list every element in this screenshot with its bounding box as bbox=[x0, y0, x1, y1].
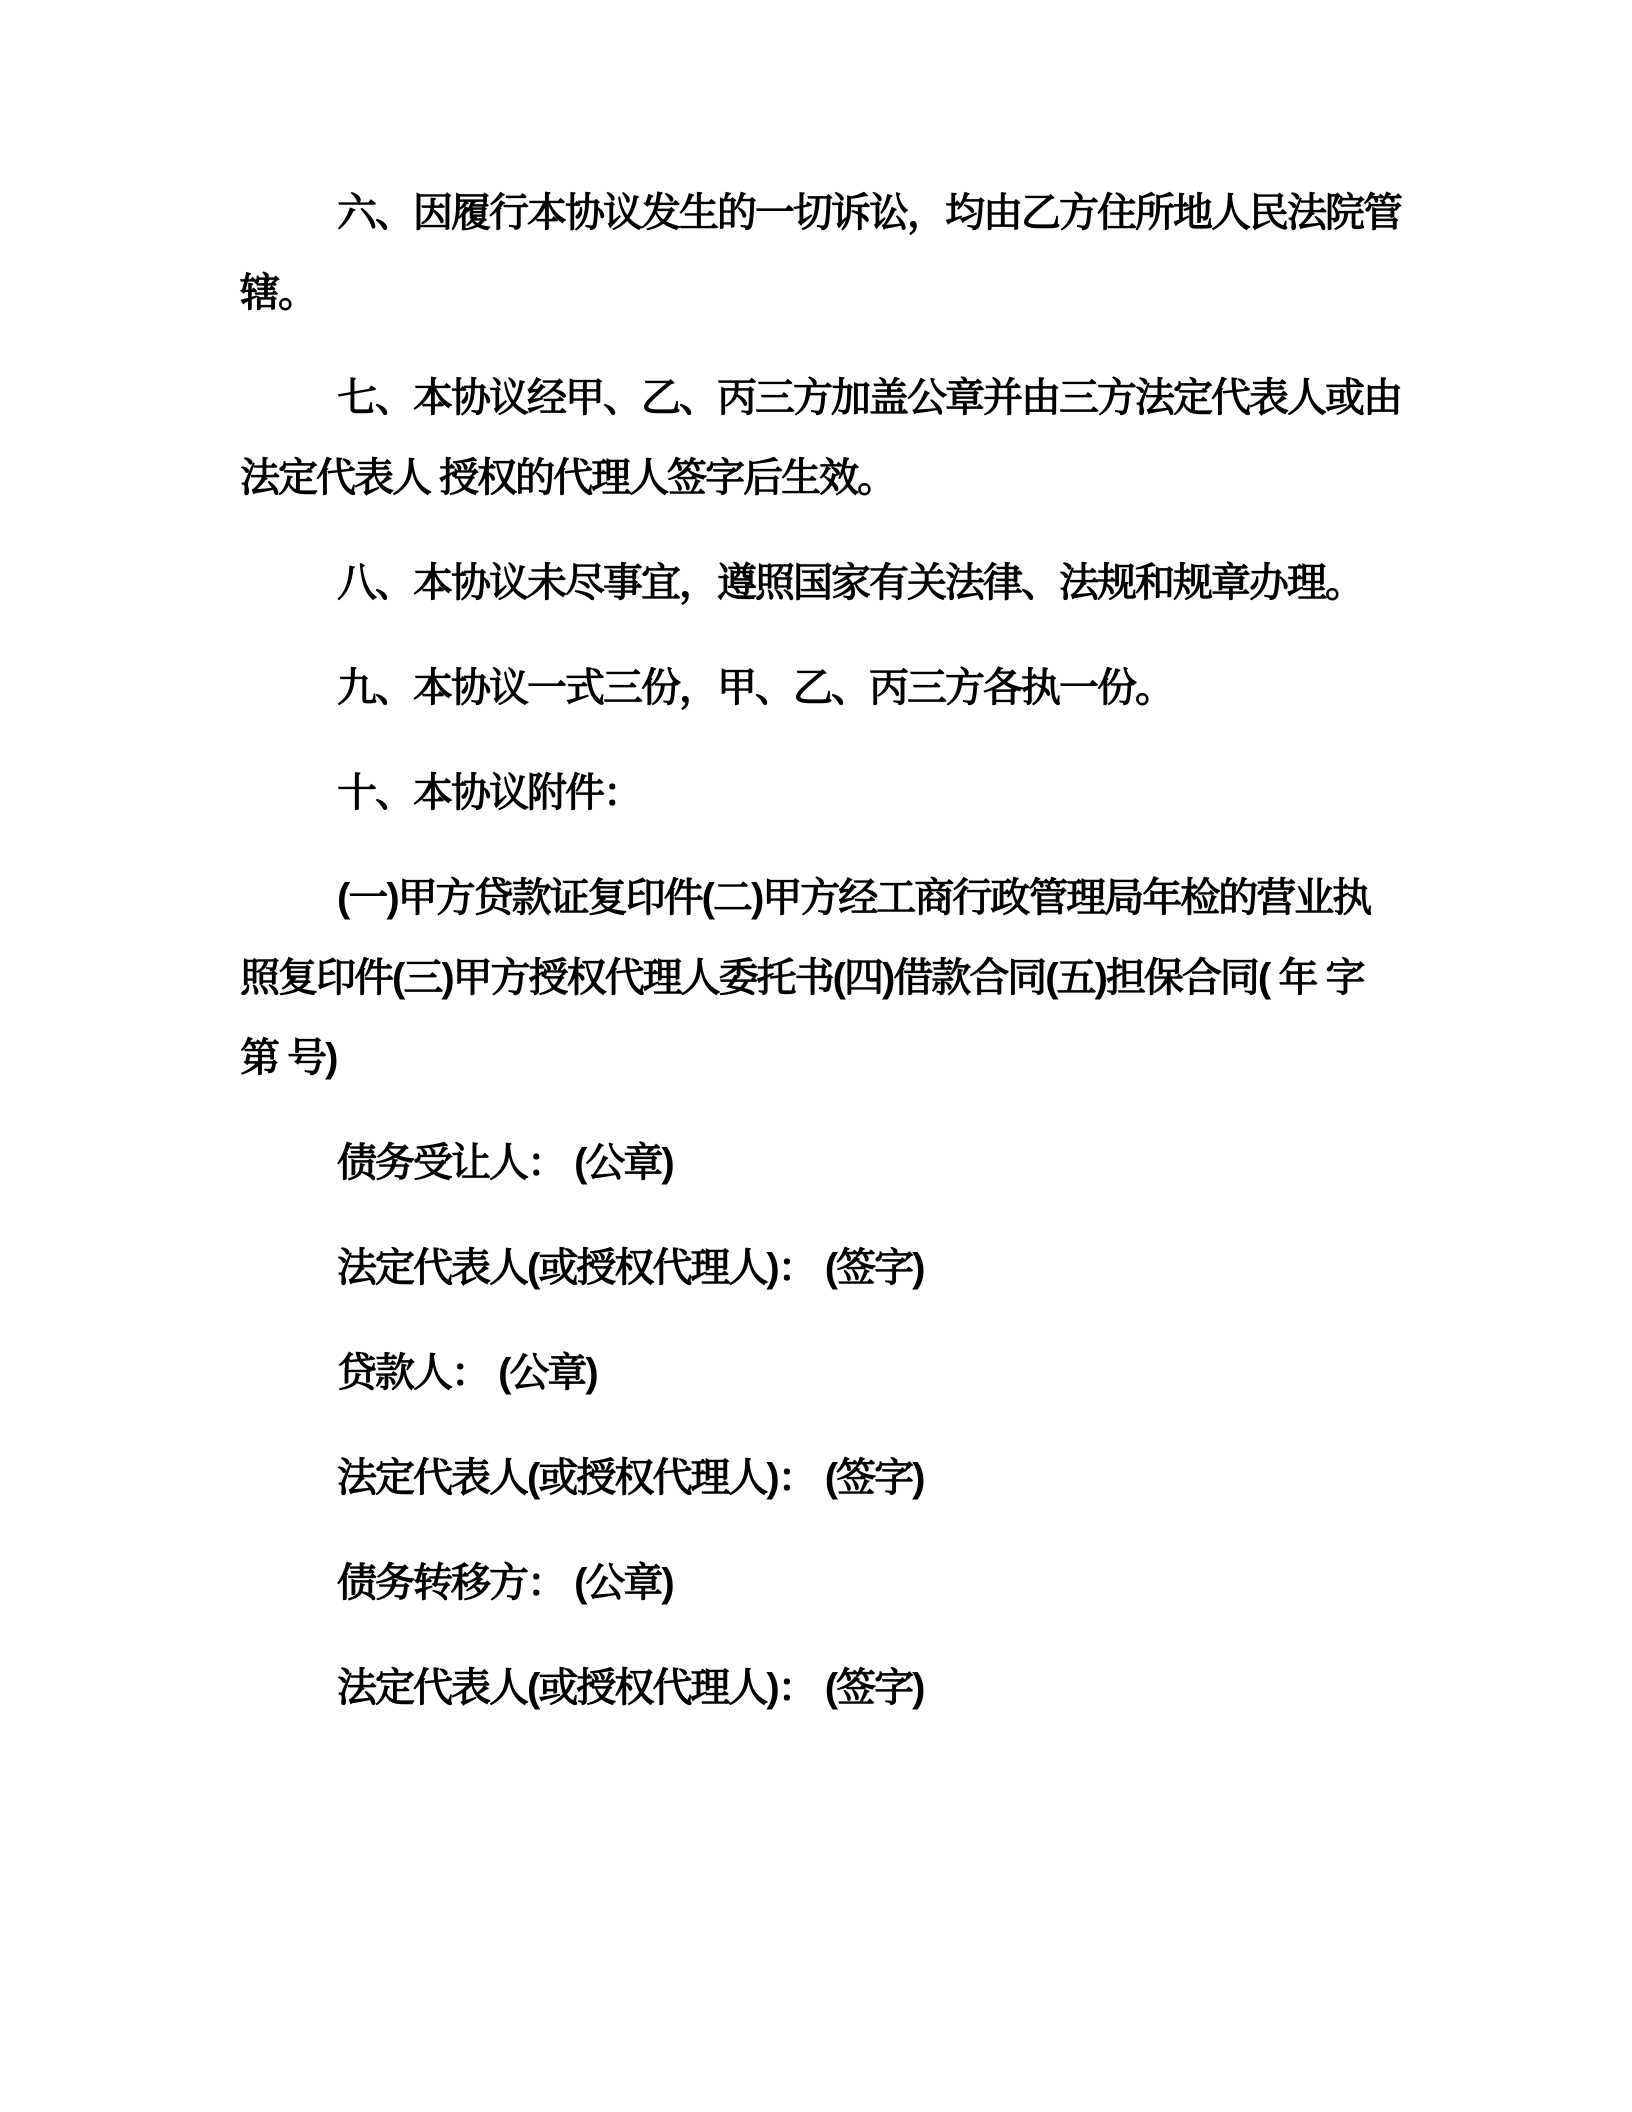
text-line: 十、本协议附件： bbox=[240, 753, 1394, 833]
paragraph: 六、因履行本协议发生的一切诉讼，均由乙方住所地人民法院管辖。 bbox=[240, 173, 1394, 333]
paragraph: 贷款人： (公章) bbox=[240, 1333, 1394, 1413]
paragraph: 债务受让人： (公章) bbox=[240, 1123, 1394, 1203]
text-line: 债务转移方： (公章) bbox=[240, 1543, 1394, 1623]
paragraph: 法定代表人(或授权代理人)： (签字) bbox=[240, 1648, 1394, 1728]
paragraph: 九、本协议一式三份，甲、乙、丙三方各执一份。 bbox=[240, 648, 1394, 728]
text-line: 照复印件(三)甲方授权代理人委托书(四)借款合同(五)担保合同( 年 字 bbox=[240, 938, 1394, 1018]
paragraph: (一)甲方贷款证复印件(二)甲方经工商行政管理局年检的营业执照复印件(三)甲方授… bbox=[240, 858, 1394, 1098]
text-line: 法定代表人 授权的代理人签字后生效。 bbox=[240, 438, 1394, 518]
paragraph: 法定代表人(或授权代理人)： (签字) bbox=[240, 1228, 1394, 1308]
text-line: 贷款人： (公章) bbox=[240, 1333, 1394, 1413]
text-line: 第 号) bbox=[240, 1018, 1394, 1098]
text-line: 法定代表人(或授权代理人)： (签字) bbox=[240, 1648, 1394, 1728]
paragraph: 法定代表人(或授权代理人)： (签字) bbox=[240, 1438, 1394, 1518]
text-line: 八、本协议未尽事宜，遵照国家有关法律、法规和规章办理。 bbox=[240, 543, 1394, 623]
text-line: 法定代表人(或授权代理人)： (签字) bbox=[240, 1228, 1394, 1308]
text-line: 辖。 bbox=[240, 253, 1394, 333]
text-line: 七、本协议经甲、乙、丙三方加盖公章并由三方法定代表人或由 bbox=[240, 358, 1394, 438]
text-line: (一)甲方贷款证复印件(二)甲方经工商行政管理局年检的营业执 bbox=[240, 858, 1394, 938]
paragraph: 八、本协议未尽事宜，遵照国家有关法律、法规和规章办理。 bbox=[240, 543, 1394, 623]
paragraph: 十、本协议附件： bbox=[240, 753, 1394, 833]
text-line: 债务受让人： (公章) bbox=[240, 1123, 1394, 1203]
paragraph: 债务转移方： (公章) bbox=[240, 1543, 1394, 1623]
document-page: 六、因履行本协议发生的一切诉讼，均由乙方住所地人民法院管辖。七、本协议经甲、乙、… bbox=[0, 0, 1632, 2112]
text-line: 六、因履行本协议发生的一切诉讼，均由乙方住所地人民法院管 bbox=[240, 173, 1394, 253]
text-line: 法定代表人(或授权代理人)： (签字) bbox=[240, 1438, 1394, 1518]
paragraph: 七、本协议经甲、乙、丙三方加盖公章并由三方法定代表人或由法定代表人 授权的代理人… bbox=[240, 358, 1394, 518]
document-content: 六、因履行本协议发生的一切诉讼，均由乙方住所地人民法院管辖。七、本协议经甲、乙、… bbox=[240, 173, 1394, 1728]
text-line: 九、本协议一式三份，甲、乙、丙三方各执一份。 bbox=[240, 648, 1394, 728]
